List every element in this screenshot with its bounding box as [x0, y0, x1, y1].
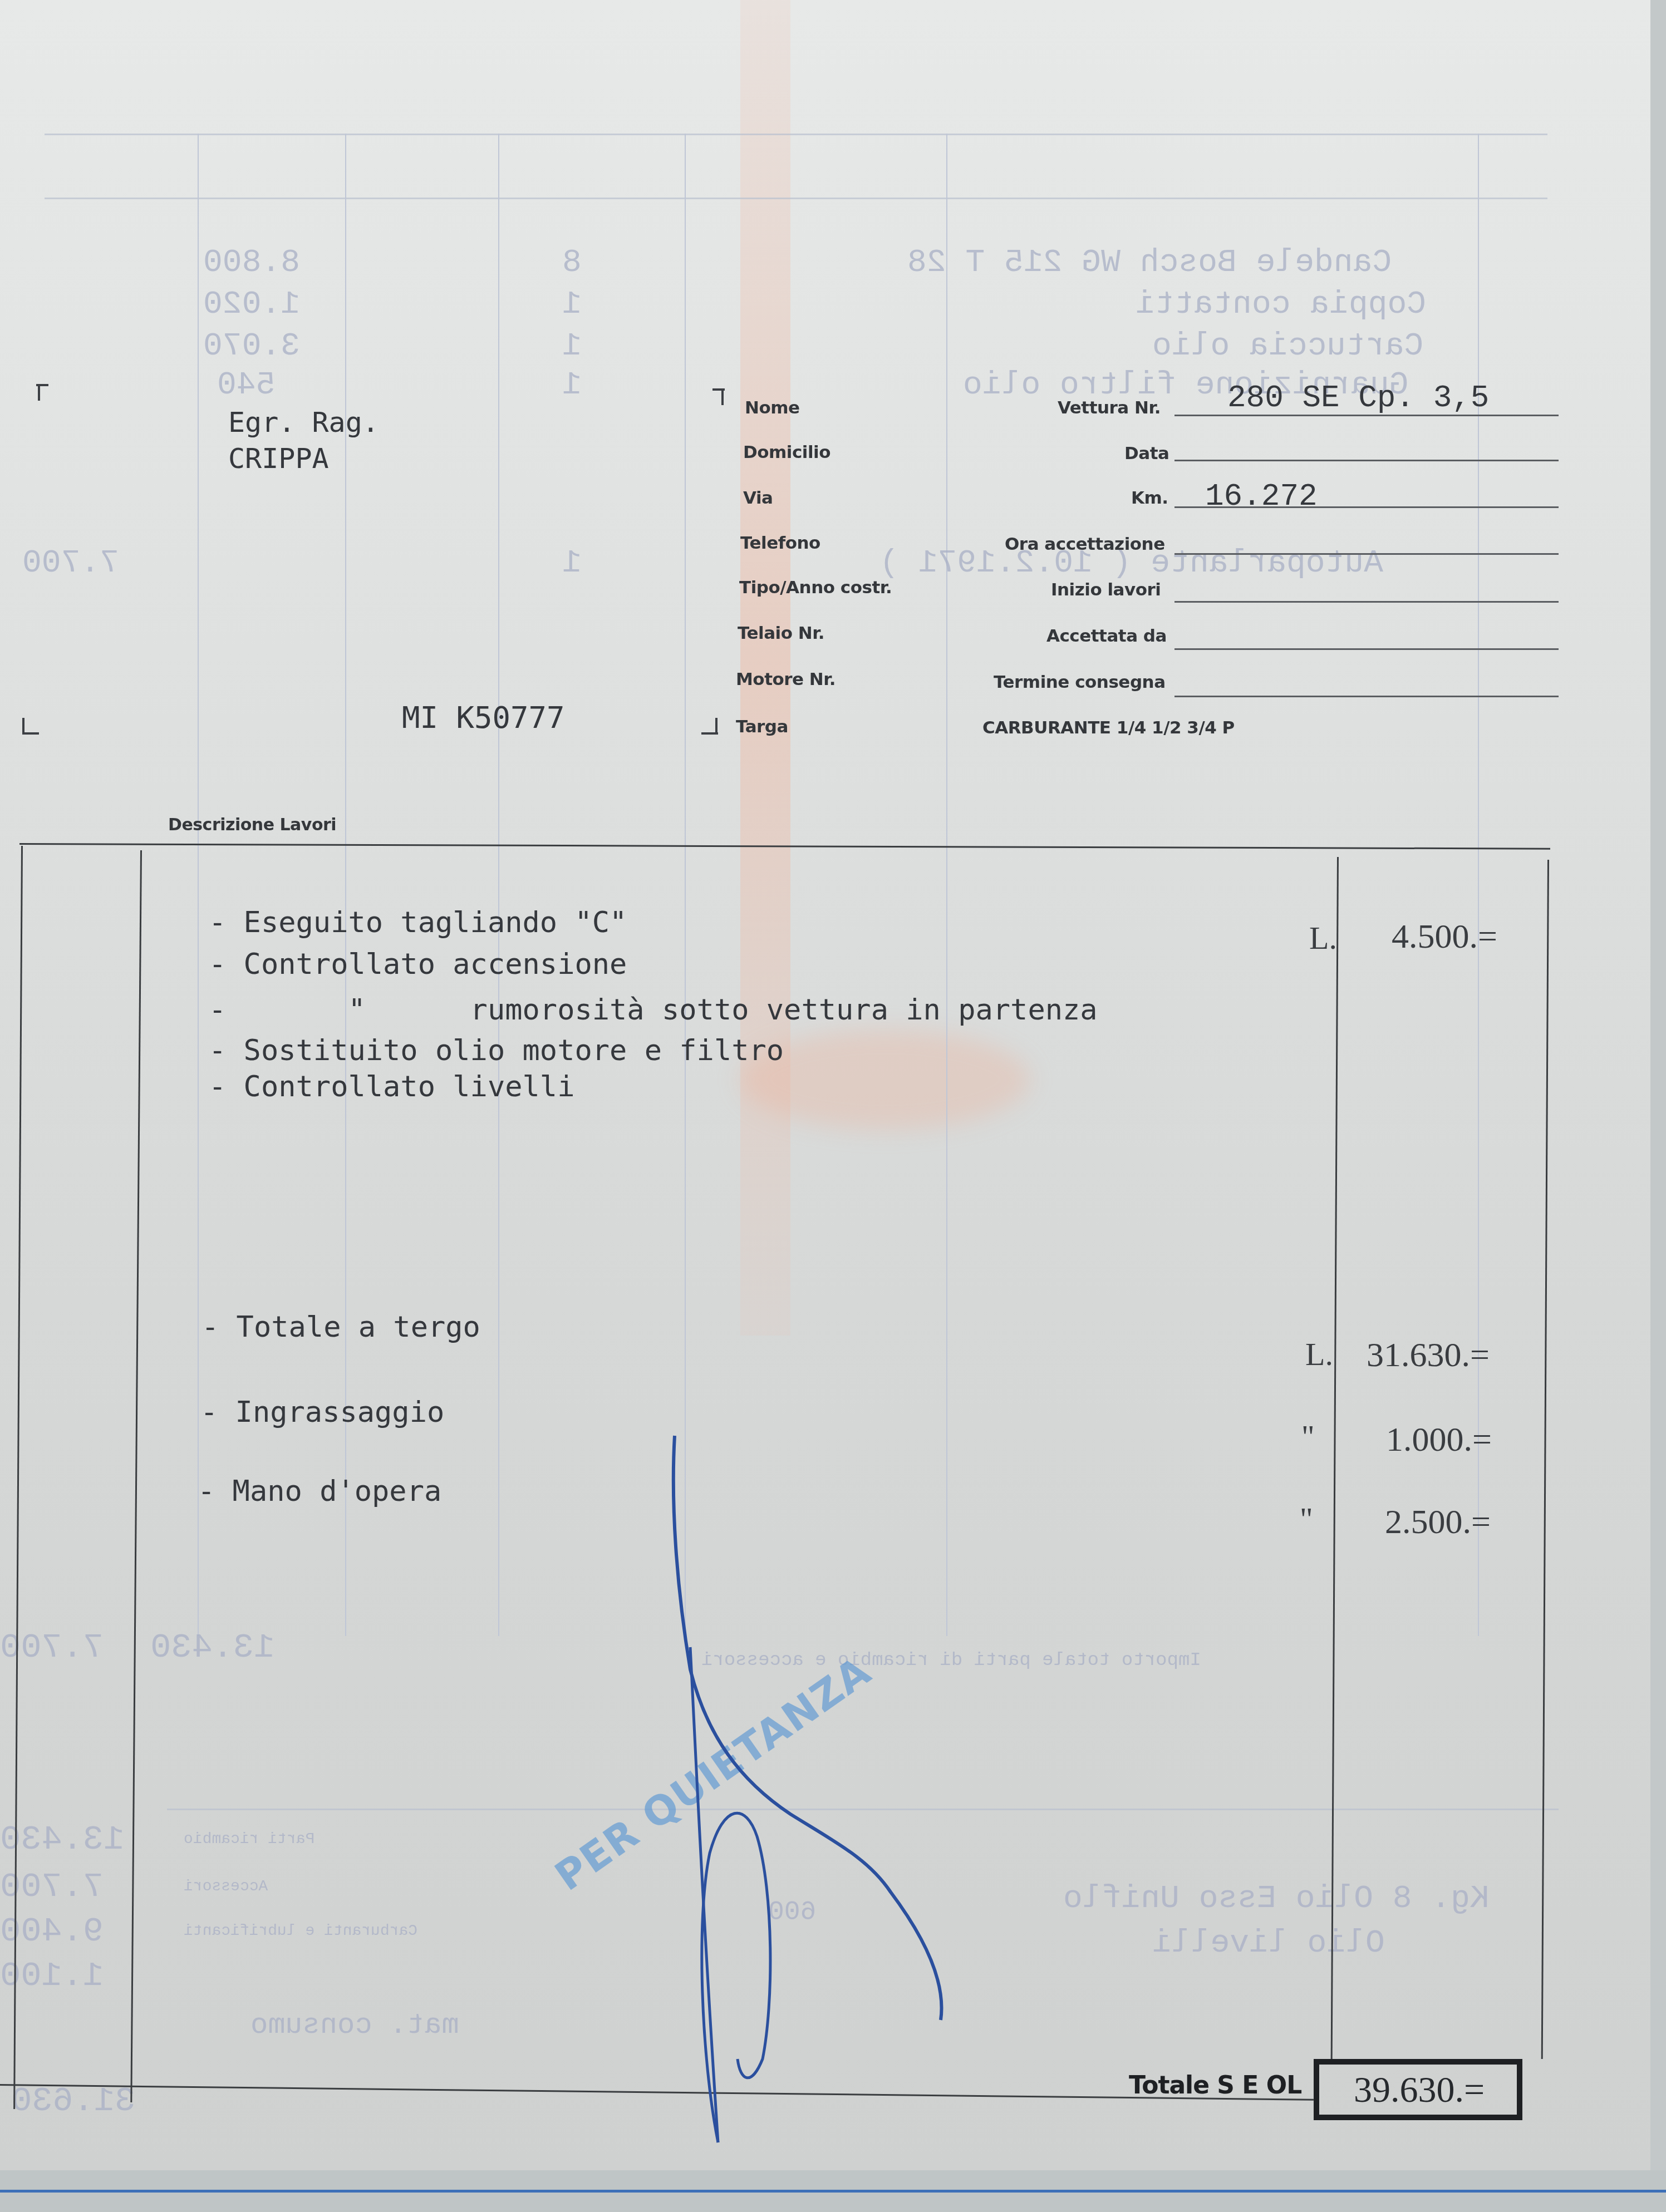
signature-icon	[0, 0, 1666, 2212]
